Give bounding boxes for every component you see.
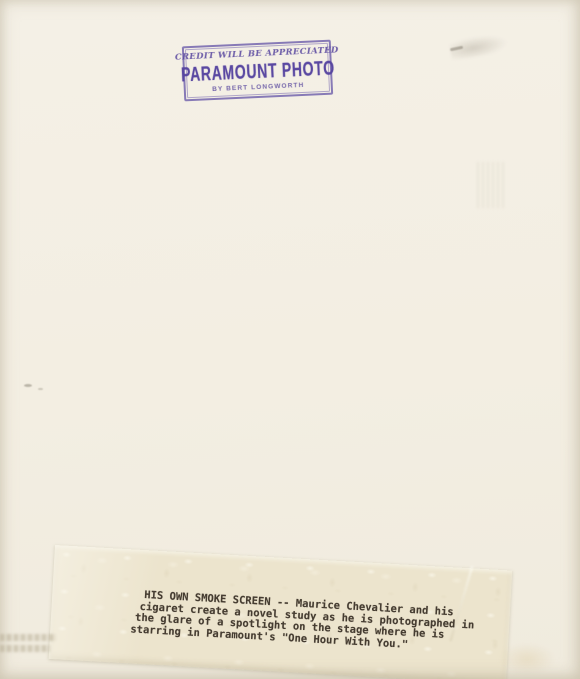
paper-stain	[498, 643, 556, 675]
bleedthrough-row	[0, 645, 50, 652]
stamp-brand-line: PARAMOUNT PHOTO	[180, 58, 335, 85]
ink-bleedthrough-mark	[477, 162, 505, 208]
photo-back: CREDIT WILL BE APPRECIATED PARAMOUNT PHO…	[0, 0, 580, 679]
typed-caption: HIS OWN SMOKE SCREEN -- Maurice Chevalie…	[142, 590, 475, 654]
paper-speck	[38, 388, 43, 390]
paramount-photo-stamp: CREDIT WILL BE APPRECIATED PARAMOUNT PHO…	[182, 40, 333, 102]
bleedthrough-row	[0, 634, 56, 641]
caption-slip: HIS OWN SMOKE SCREEN -- Maurice Chevalie…	[49, 545, 513, 679]
mirrored-ink-bleedthrough	[0, 634, 62, 666]
paper-speck	[24, 384, 32, 387]
